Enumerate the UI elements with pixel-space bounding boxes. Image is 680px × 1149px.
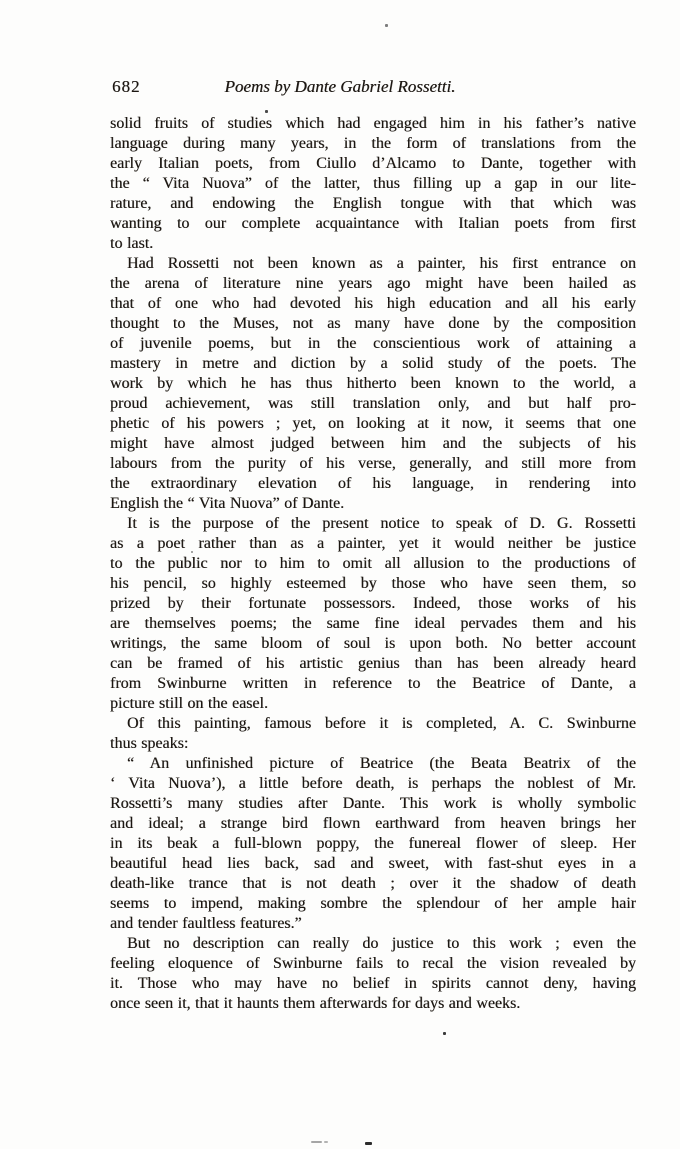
text-line: ‘ Vita Nuova’), a little before death, i… [110,774,636,794]
text-line: language during many years, in the form … [110,134,636,154]
text-line: the extraordinary elevation of his langu… [110,474,636,494]
text-line: from Swinburne written in reference to t… [110,674,636,694]
text-line: writings, the same bloom of soul is upon… [110,634,636,654]
paragraph: But no description can really do justice… [110,934,636,1014]
body-text: solid fruits of studies which had engage… [110,114,636,1014]
paragraph: solid fruits of studies which had engage… [110,114,636,254]
scan-speck [324,1141,328,1143]
text-line: to the public nor to him to omit all all… [110,554,636,574]
text-line: picture still on the easel. [110,694,636,714]
text-line: Rossetti’s many studies after Dante. Thi… [110,794,636,814]
scan-speck [385,24,388,27]
text-line: Had Rossetti not been known as a painter… [110,254,636,274]
text-line: as a poet rather than as a painter, yet … [110,534,636,554]
page-header: 682 Poems by Dante Gabriel Rossetti. [0,77,680,99]
text-line: feeling eloquence of Swinburne fails to … [110,954,636,974]
text-line: rature, and endowing the English tongue … [110,194,636,214]
scan-dash [311,1141,322,1143]
text-line: It is the purpose of the present notice … [110,514,636,534]
scan-speck [265,110,268,113]
text-line: phetic of his powers ; yet, on looking a… [110,414,636,434]
text-line: But no description can really do justice… [110,934,636,954]
text-line: proud achievement, was still translation… [110,394,636,414]
paragraph: It is the purpose of the present notice … [110,514,636,714]
text-line: Of this painting, famous before it is co… [110,714,636,734]
scanned-book-page: 682 Poems by Dante Gabriel Rossetti. sol… [0,0,680,1149]
text-line: and tender faultless features.” [110,914,636,934]
text-line: work by which he has thus hitherto been … [110,374,636,394]
text-line: solid fruits of studies which had engage… [110,114,636,134]
running-title: Poems by Dante Gabriel Rossetti. [0,77,680,97]
text-line: to last. [110,234,636,254]
text-line: mastery in metre and diction by a solid … [110,354,636,374]
text-line: that of one who had devoted his high edu… [110,294,636,314]
text-line: in its beak a full-blown poppy, the fune… [110,834,636,854]
text-line: the arena of literature nine years ago m… [110,274,636,294]
text-line: once seen it, that it haunts them afterw… [110,994,636,1014]
text-line: beautiful head lies back, sad and sweet,… [110,854,636,874]
text-line: wanting to our complete acquaintance wit… [110,214,636,234]
text-line: prized by their fortunate possessors. In… [110,594,636,614]
text-line: are themselves poems; the same fine idea… [110,614,636,634]
text-line: death-like trance that is not death ; ov… [110,874,636,894]
text-line: early Italian poets, from Ciullo d’Alcam… [110,154,636,174]
scan-speck [191,551,193,553]
scan-dash [365,1142,372,1145]
text-line: seems to impend, making sombre the splen… [110,894,636,914]
text-line: English the “ Vita Nuova” of Dante. [110,494,636,514]
text-line: might have almost judged between him and… [110,434,636,454]
text-line: his pencil, so highly esteemed by those … [110,574,636,594]
text-line: it. Those who may have no belief in spir… [110,974,636,994]
text-line: labours from the purity of his verse, ge… [110,454,636,474]
text-line: of juvenile poems, but in the conscienti… [110,334,636,354]
text-line: the “ Vita Nuova” of the latter, thus fi… [110,174,636,194]
text-line: thus speaks: [110,734,636,754]
text-line: can be framed of his artistic genius tha… [110,654,636,674]
scan-speck [443,1032,446,1035]
text-line: “ An unfinished picture of Beatrice (the… [110,754,636,774]
paragraph: Of this painting, famous before it is co… [110,714,636,754]
paragraph: “ An unfinished picture of Beatrice (the… [110,754,636,934]
text-line: thought to the Muses, not as many have d… [110,314,636,334]
text-line: and ideal; a strange bird flown earthwar… [110,814,636,834]
paragraph: Had Rossetti not been known as a painter… [110,254,636,514]
